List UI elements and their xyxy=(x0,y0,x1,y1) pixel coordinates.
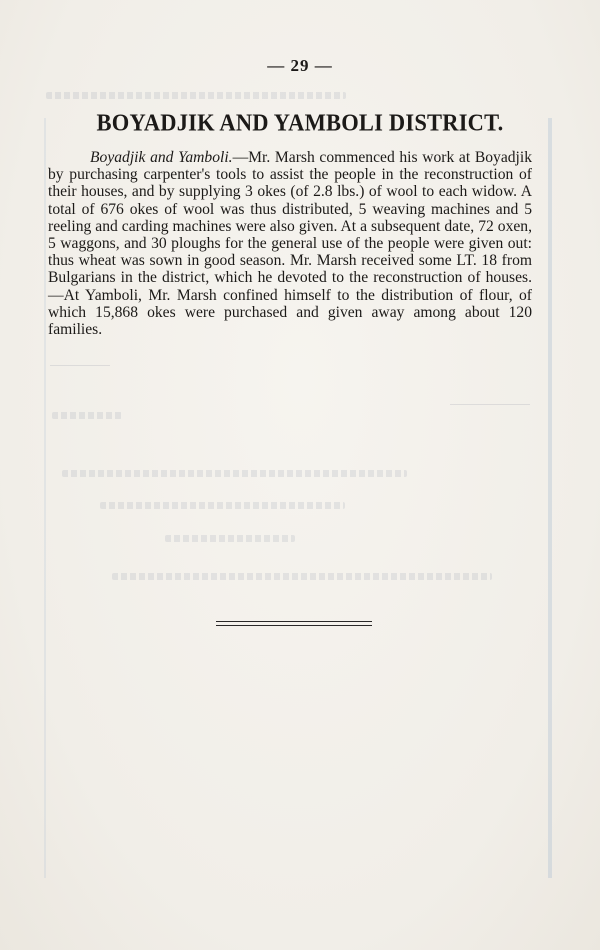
show-through-text xyxy=(112,573,492,580)
show-through-text xyxy=(46,92,346,99)
double-rule-divider xyxy=(216,621,372,626)
section-heading: BOYADJIK AND YAMBOLI DISTRICT. xyxy=(0,109,600,137)
show-through-text xyxy=(165,535,295,542)
show-through-text xyxy=(62,470,407,477)
document-page: — 29 — BOYADJIK AND YAMBOLI DISTRICT. Bo… xyxy=(0,0,600,950)
page-number: — 29 — xyxy=(0,56,600,76)
show-through-line xyxy=(50,365,110,366)
body-paragraph: Boyadjik and Yamboli.—Mr. Marsh commence… xyxy=(48,149,532,338)
show-through-text xyxy=(52,412,122,419)
paragraph-text: —Mr. Marsh commenced his work at Boyadji… xyxy=(48,149,532,338)
show-through-text xyxy=(100,502,345,509)
show-through-line xyxy=(450,404,530,405)
paragraph-lead-italic: Boyadjik and Yamboli. xyxy=(90,149,233,166)
